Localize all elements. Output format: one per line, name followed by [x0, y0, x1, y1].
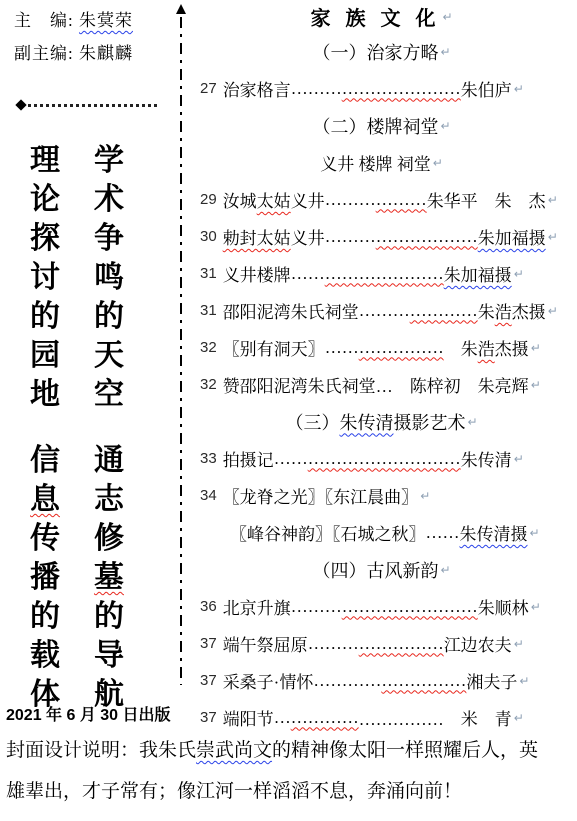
entry-author-name: 朱传清摄 [460, 520, 528, 545]
slogan-char: 通 [92, 441, 126, 480]
paragraph-mark-icon: ↵ [530, 526, 540, 540]
cover-note-line-2: 雄辈出，才子常有；像江河一样滔滔不息，奔涌向前！ [6, 771, 572, 812]
entry-title-flagged: 太姑 [257, 187, 291, 212]
entry-title: 〖峰谷神韵〗〖石城之秋〗 [230, 520, 426, 545]
toc-entry: 27 治家格言 ……… ………………… 朱伯庐 ↵ [186, 70, 577, 107]
table-of-contents: 家 族 文 化 ↵ （一）治家方略 ↵ 27 治家格言 ……… ………………… … [186, 0, 577, 736]
dot-leader-flagged: …………… [359, 338, 444, 358]
entry-author: 朱顺林 [478, 594, 529, 619]
entry-page-number: 37 [200, 709, 217, 726]
paragraph-mark-icon: ↵ [531, 600, 541, 614]
slogan-char: 的 [92, 297, 126, 336]
entry-author-flagged: 浩 [495, 298, 512, 323]
deputy-editor-line: 副主编: 朱麒麟 [14, 39, 133, 64]
entry-page-number: 29 [200, 191, 217, 208]
entry-page-number: 31 [200, 265, 217, 282]
entry-author: 杰摄 [495, 335, 529, 360]
entry-author: 朱华平 朱 杰 [427, 187, 546, 212]
paragraph-mark-icon: ↵ [531, 378, 541, 392]
dot-leader: ……… [359, 301, 410, 321]
entry-title: 义井 [291, 224, 325, 249]
slogan-char: 论 [28, 180, 62, 219]
paragraph-mark-icon: ↵ [548, 230, 558, 244]
entry-page-number: 36 [200, 598, 217, 615]
paragraph-mark-icon: ↵ [420, 489, 430, 503]
paragraph-mark-icon: ↵ [440, 45, 450, 59]
slogan-char: 的 [28, 597, 62, 636]
toc-section-heading: （二）楼牌祠堂 ↵ [186, 107, 577, 144]
entry-title: 义井 [291, 187, 325, 212]
entry-title: 〖龙脊之光〗〖东江晨曲〗 [223, 483, 419, 508]
slogan-char: 志 [92, 480, 126, 519]
slogan-char: 学 [92, 141, 126, 180]
chief-editor-label: 主 编: [14, 11, 79, 30]
dot-leader-flagged: …………… [381, 671, 466, 691]
toc-entry: 37 端午祭屈原 ……… …………… 江边农夫 ↵ [186, 625, 577, 662]
slogan-char: 术 [92, 180, 126, 219]
paragraph-mark-icon: ↵ [440, 119, 450, 133]
slogan-char: 信 [28, 441, 62, 480]
entry-title: 采桑子·情怀 [223, 668, 314, 693]
dot-leader: … [274, 708, 291, 728]
slogan-char: 理 [28, 141, 62, 180]
paragraph-mark-icon: ↵ [548, 304, 558, 318]
section-heading-text: 摄影艺术 [393, 409, 465, 435]
toc-section-heading: （四）古风新韵 ↵ [186, 551, 577, 588]
paragraph-mark-icon: ↵ [433, 156, 443, 170]
cover-note-line-1: 封面设计说明：我朱氏崇武尚文的精神像太阳一样照耀后人，英 [6, 730, 572, 771]
dot-leader: …………… [359, 705, 461, 730]
entry-title: 端阳节 [223, 705, 274, 730]
paragraph-mark-icon: ↵ [514, 711, 524, 725]
dot-leader-flagged: …………… [359, 634, 444, 654]
dot-leader-flagged: ………………… [342, 79, 461, 99]
entry-page-number: 30 [200, 228, 217, 245]
paragraph-mark-icon: ↵ [514, 637, 524, 651]
document-page: 主 编: 朱蓂荣 副主编: 朱麒麟 理 论 探 讨 的 园 地 学 术 争 鸣 … [0, 0, 577, 821]
entry-title: 邵阳泥湾朱氏祠堂 [223, 298, 359, 323]
cover-note: 封面设计说明：我朱氏崇武尚文的精神像太阳一样照耀后人，英 雄辈出，才子常有；像江… [6, 730, 572, 812]
toc-entry: 33 拍摄记 …… ……………………… 朱传清 ↵ [186, 440, 577, 477]
paragraph-mark-icon: ↵ [442, 10, 452, 24]
dot-leader-flagged: …………………… [342, 597, 478, 617]
dot-leader-flagged: ………… [410, 301, 478, 321]
entry-author: 杰摄 [512, 298, 546, 323]
entry-page-number: 27 [200, 80, 217, 97]
diamond-bullet-icon [15, 99, 26, 110]
section-heading-text: （二）楼牌祠堂 [312, 113, 438, 139]
toc-subheading: 义井 楼牌 祠堂 ↵ [186, 144, 577, 181]
paragraph-mark-icon: ↵ [548, 193, 558, 207]
slogan-char: 载 [28, 636, 62, 675]
entry-author: 江边农夫 [444, 631, 512, 656]
slogan-char: 园 [28, 336, 62, 375]
dot-leader-flagged: ……………………… [308, 449, 461, 469]
section-heading-text: （一）治家方略 [312, 39, 438, 65]
subheading-text: 义井 楼牌 祠堂 [320, 150, 431, 175]
page-title: 家 族 文 化 [310, 2, 440, 31]
dot-leader: ……… [308, 634, 359, 654]
toc-entry: 30 勅封太姑 义井 ……… ……………… 朱加福摄 ↵ [186, 218, 577, 255]
dot-leader: … [376, 372, 410, 397]
dot-leader-flagged: ………………… [325, 264, 444, 284]
entry-page-number: 34 [200, 487, 217, 504]
entry-page-number: 33 [200, 450, 217, 467]
paragraph-mark-icon: ↵ [531, 341, 541, 355]
toc-entry: 29 汝城 太姑 义井 ……… ……… 朱华平 朱 杰 ↵ [186, 181, 577, 218]
section-heading-text: （三） [285, 409, 339, 435]
slogan-char-flagged: 墓 [92, 558, 126, 597]
entry-page-number: 32 [200, 376, 217, 393]
entry-author: 朱伯庐 [461, 76, 512, 101]
entry-author-name: 朱加福摄 [478, 224, 546, 249]
entry-page-number: 37 [200, 635, 217, 652]
dot-leader: …… [291, 264, 325, 284]
entry-author-flagged: 浩 [478, 335, 495, 360]
paragraph-mark-icon: ↵ [514, 82, 524, 96]
toc-entry: 37 采桑子·情怀 ………… …………… 湘夫子 ↵ [186, 662, 577, 699]
dot-leader: …… [426, 523, 460, 543]
publish-date: 2021 年 6 月 30 日出版 [6, 702, 171, 725]
dot-leader: ……… [291, 79, 342, 99]
cover-note-text: 封面设计说明：我朱氏 [6, 740, 196, 761]
toc-entry: 36 北京升旗 ……… …………………… 朱顺林 ↵ [186, 588, 577, 625]
entry-title: 端午祭屈原 [223, 631, 308, 656]
slogan-char: 的 [28, 297, 62, 336]
slogan-char: 修 [92, 519, 126, 558]
entry-title: 义井楼牌 [223, 261, 291, 286]
entry-page-number: 37 [200, 672, 217, 689]
dot-leader: …… [325, 338, 359, 358]
cover-note-flagged: 崇武尚文 [196, 740, 272, 761]
toc-section-heading: （一）治家方略 ↵ [186, 33, 577, 70]
slogan-char: 鸣 [92, 258, 126, 297]
slogan-char: 地 [28, 375, 62, 414]
entry-author: 朱 [478, 298, 495, 323]
section-heading-flagged: 朱传清 [339, 409, 393, 435]
slogan-column-4: 通 志 修 墓 的 导 航 [92, 441, 126, 714]
slogan-char: 传 [28, 519, 62, 558]
dot-leader: ……… [291, 597, 342, 617]
dot-leader-flagged: ……… [376, 190, 427, 210]
entry-title-flagged: 勅封太姑 [223, 224, 291, 249]
paragraph-mark-icon: ↵ [440, 563, 450, 577]
slogan-column-1: 理 论 探 讨 的 园 地 [28, 141, 62, 414]
paragraph-mark-icon: ↵ [514, 267, 524, 281]
slogan-column-2: 学 术 争 鸣 的 天 空 [92, 141, 126, 414]
cover-note-text: 雄辈出，才子常有；像江河一样滔滔不息，奔涌向前！ [6, 781, 462, 802]
toc-entry: 34 〖龙脊之光〗〖东江晨曲〗 ↵ [186, 477, 577, 514]
deputy-editor-label: 副主编: [14, 44, 79, 63]
dot-leader-flagged: ……………… [376, 227, 478, 247]
entry-title: 赞邵阳泥湾朱氏祠堂 [223, 372, 376, 397]
slogan-char: 争 [92, 219, 126, 258]
paragraph-mark-icon: ↵ [519, 674, 529, 688]
horizontal-dotted-rule [28, 104, 158, 107]
slogan-char: 讨 [28, 258, 62, 297]
entry-title: 北京升旗 [223, 594, 291, 619]
entry-title: 汝城 [223, 187, 257, 212]
slogan-char: 天 [92, 336, 126, 375]
entry-title: 拍摄记 [223, 446, 274, 471]
dot-leader: ……… [325, 190, 376, 210]
toc-entry: 37 端阳节 … ………… …………… 米 青 ↵ [186, 699, 577, 736]
entry-author: 朱 [461, 335, 478, 360]
entry-author-name: 朱加福摄 [444, 261, 512, 286]
cover-note-text: 的精神像太阳一样照耀后人，英 [272, 740, 538, 761]
slogan-column-3: 信 息 传 播 的 载 体 [28, 441, 62, 714]
dot-leader-flagged: ………… [291, 708, 359, 728]
paragraph-mark-icon: ↵ [467, 415, 477, 429]
dot-leader [444, 335, 461, 360]
slogan-block-top: 理 论 探 讨 的 园 地 学 术 争 鸣 的 天 空 [28, 141, 126, 414]
dot-leader: ………… [313, 671, 381, 691]
entry-page-number: 31 [200, 302, 217, 319]
toc-entry: 32 赞邵阳泥湾朱氏祠堂 … 陈梓初 朱亮辉 ↵ [186, 366, 577, 403]
entry-title: 〖别有洞天〗 [223, 335, 325, 360]
toc-entry: 31 义井楼牌 …… ………………… 朱加福摄 ↵ [186, 255, 577, 292]
toc-title-row: 家 族 文 化 ↵ [186, 0, 577, 33]
entry-page-number: 32 [200, 339, 217, 356]
vertical-dash-dot-rule [180, 17, 182, 685]
toc-entry: 31 邵阳泥湾朱氏祠堂 ……… ………… 朱 浩 杰摄 ↵ [186, 292, 577, 329]
paragraph-mark-icon: ↵ [514, 452, 524, 466]
entry-author: 陈梓初 朱亮辉 [410, 372, 529, 397]
deputy-editor-name: 朱麒麟 [79, 44, 133, 63]
slogan-block-bottom: 信 息 传 播 的 载 体 通 志 修 墓 的 导 航 [28, 441, 126, 714]
slogan-char-flagged: 息 [28, 480, 62, 519]
entry-title: 治家格言 [223, 76, 291, 101]
dot-leader: ……… [325, 227, 376, 247]
toc-section-heading: （三） 朱传清 摄影艺术 ↵ [186, 403, 577, 440]
entry-author: 朱传清 [461, 446, 512, 471]
slogan-char: 播 [28, 558, 62, 597]
slogan-char: 空 [92, 375, 126, 414]
chief-editor-name: 朱蓂荣 [79, 11, 133, 30]
section-heading-text: （四）古风新韵 [312, 557, 438, 583]
dot-leader: …… [274, 449, 308, 469]
entry-author: 米 青 [461, 705, 512, 730]
entry-author: 湘夫子 [466, 668, 517, 693]
slogan-char: 导 [92, 636, 126, 675]
arrow-up-icon [176, 4, 186, 14]
slogan-char: 的 [92, 597, 126, 636]
toc-entry: 〖峰谷神韵〗〖石城之秋〗 …… 朱传清摄 ↵ [186, 514, 577, 551]
slogan-char: 探 [28, 219, 62, 258]
toc-entry: 32 〖别有洞天〗 …… …………… 朱 浩 杰摄 ↵ [186, 329, 577, 366]
chief-editor-line: 主 编: 朱蓂荣 [14, 6, 133, 31]
